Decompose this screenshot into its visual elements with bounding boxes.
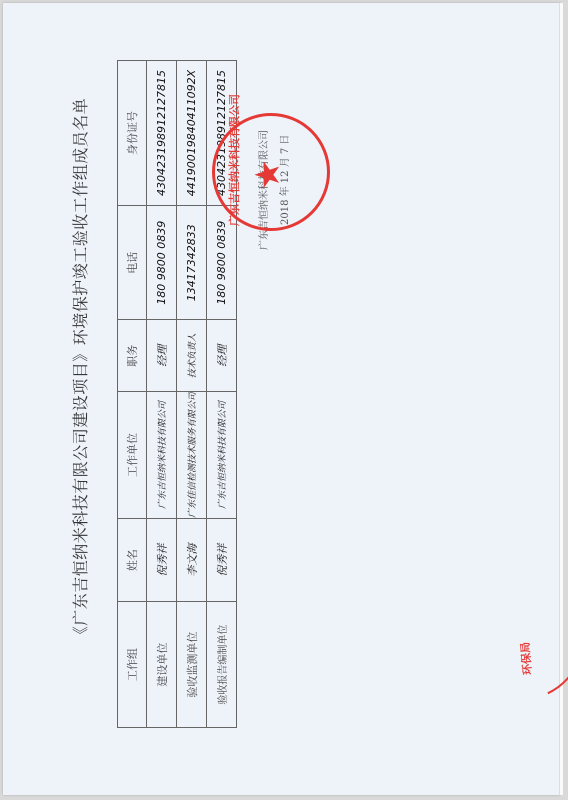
header-unit: 工作单位 (118, 392, 147, 519)
partial-seal (443, 559, 568, 718)
table-header-row: 工作组 姓名 工作单位 职务 电话 身份证号 (118, 61, 147, 728)
cell-unit: 广东吉恒纳米科技有限公司 (147, 392, 177, 519)
header-position: 职务 (118, 320, 147, 392)
cell-name: 李文海 (177, 519, 207, 602)
cell-id: 44190019840411092X (177, 61, 207, 206)
table-row: 建设单位 倪秀祥 广东吉恒纳米科技有限公司 经理 180 9800 0839 4… (147, 61, 177, 728)
header-phone: 电话 (118, 206, 147, 320)
cell-unit: 广东佳信检测技术服务有限公司 (177, 392, 207, 519)
cell-phone: 13417342833 (177, 206, 207, 320)
cell-position: 经理 (147, 320, 177, 392)
seal-text: 广东吉恒纳米科技有限公司 (226, 94, 242, 226)
cell-group: 验收监测单位 (177, 602, 207, 728)
cell-group: 建设单位 (147, 602, 177, 728)
seal-star-icon: ★ (251, 160, 285, 190)
header-id: 身份证号 (118, 61, 147, 206)
cell-position: 技术负责人 (177, 320, 207, 392)
cell-id: 430423198912127815 (147, 61, 177, 206)
cell-phone: 180 9800 0839 (147, 206, 177, 320)
partial-seal-text: 环保局 (517, 641, 536, 675)
cell-name: 倪秀祥 (207, 519, 237, 602)
cell-name: 倪秀祥 (147, 519, 177, 602)
rotated-document: 《广东吉恒纳米科技有限公司建设项目》环境保护竣工验收工作组成员名单 工作组 姓名… (0, 0, 568, 800)
cell-group: 验收报告编制单位 (207, 602, 237, 728)
header-name: 姓名 (118, 519, 147, 602)
table-row: 验收监测单位 李文海 广东佳信检测技术服务有限公司 技术负责人 13417342… (177, 61, 207, 728)
cell-unit: 广东吉恒纳米科技有限公司 (207, 392, 237, 519)
header-group: 工作组 (118, 602, 147, 728)
cell-position: 经理 (207, 320, 237, 392)
document-title: 《广东吉恒纳米科技有限公司建设项目》环境保护竣工验收工作组成员名单 (68, 10, 91, 730)
